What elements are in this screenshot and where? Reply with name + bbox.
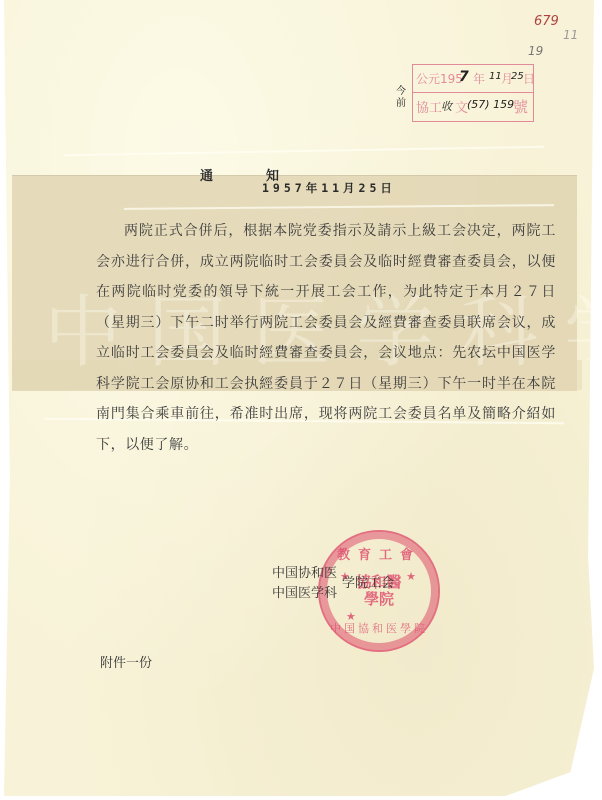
seal-top-text: 教育工會 (320, 544, 438, 563)
paper-crease (64, 146, 544, 156)
receipt-printed-prefix: 公元195 (416, 70, 463, 87)
receipt-number-row: 協工 收 文 (57) 159 號 (413, 92, 533, 120)
archive-gray-mark: 11 (563, 28, 578, 42)
receipt-handwritten-number: (57) 159 (467, 98, 514, 111)
seal-bottom-text: 中国協和医學院 (320, 620, 438, 636)
receipt-handwritten-day: 25 (511, 71, 524, 82)
seal-star-icon: ★ (406, 570, 416, 583)
signature-suffix: 学院工会 (342, 572, 394, 591)
receipt-printed-day: 日 (523, 70, 535, 87)
receipt-side-note: 今前 (396, 86, 410, 110)
archive-page-number: 679 (534, 14, 559, 29)
receipt-printed-year: 年 (473, 70, 485, 87)
receipt-handwritten-month: 11 (489, 71, 502, 82)
receipt-stamp: 公元195 7 年 11 月 25 日 協工 收 文 (57) 159 號 (412, 64, 534, 122)
receipt-printed-suffix: 號 (513, 96, 528, 117)
folio-number: 19 (528, 44, 543, 58)
signature-line-1: 中国协和医 (272, 562, 337, 581)
attachment-note: 附件一份 (100, 652, 152, 671)
receipt-printed-office: 協工 (416, 97, 442, 116)
receipt-handwritten-year: 7 (459, 69, 469, 85)
notice-body: 两院正式合併后，根据本院党委指示及請示上級工会决定，两院工会亦进行合併，成立两院… (96, 216, 556, 460)
notice-date: 1957年11月25日 (262, 180, 396, 196)
signature-line-2: 中国医学科 (272, 582, 337, 601)
receipt-date-row: 公元195 7 年 11 月 25 日 (413, 65, 533, 92)
receipt-handwritten-type: 收 (441, 98, 452, 114)
